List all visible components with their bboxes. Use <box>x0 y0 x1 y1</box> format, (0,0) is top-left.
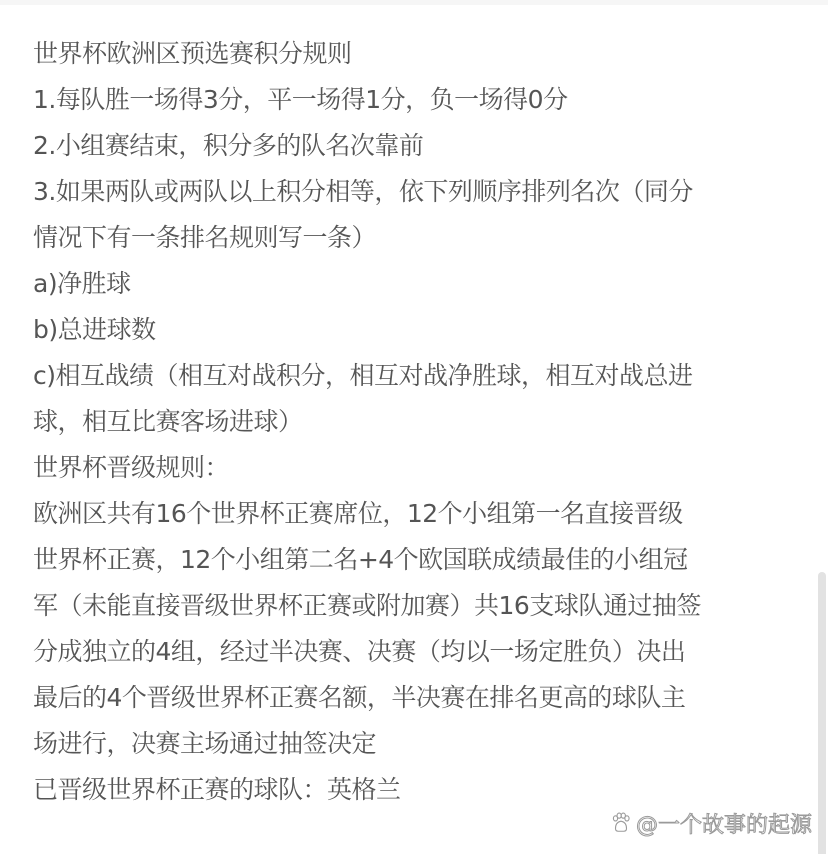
qualification-line: 世界杯正赛，12个小组第二名+4个欧国联成绩最佳的小组冠 <box>33 537 803 583</box>
qualification-heading: 世界杯晋级规则： <box>33 445 803 491</box>
tiebreaker-c-line-2: 球，相互比赛客场进球） <box>33 399 803 445</box>
qualification-line: 场进行，决赛主场通过抽签决定 <box>33 721 803 767</box>
tiebreaker-c-line-1: c)相互战绩（相互对战积分，相互对战净胜球，相互对战总进 <box>33 353 803 399</box>
qualification-line: 分成独立的4组，经过半决赛、决赛（均以一场定胜负）决出 <box>33 629 803 675</box>
tiebreaker-b: b)总进球数 <box>33 307 803 353</box>
rule-2: 2.小组赛结束，积分多的队名次靠前 <box>33 123 803 169</box>
top-strip <box>0 0 828 5</box>
rule-1: 1.每队胜一场得3分，平一场得1分，负一场得0分 <box>33 77 803 123</box>
document-body: 世界杯欧洲区预选赛积分规则 1.每队胜一场得3分，平一场得1分，负一场得0分 2… <box>33 31 803 813</box>
tiebreaker-a: a)净胜球 <box>33 261 803 307</box>
watermark: @一个故事的起源 <box>610 808 812 838</box>
qualified-teams: 已晋级世界杯正赛的球队：英格兰 <box>33 767 803 813</box>
qualification-line: 欧洲区共有16个世界杯正赛席位，12个小组第一名直接晋级 <box>33 491 803 537</box>
rule-3-line-2: 情况下有一条排名规则写一条） <box>33 215 803 261</box>
document-title: 世界杯欧洲区预选赛积分规则 <box>33 31 803 77</box>
rule-3-line-1: 3.如果两队或两队以上积分相等，依下列顺序排列名次（同分 <box>33 169 803 215</box>
qualification-line: 最后的4个晋级世界杯正赛名额，半决赛在排名更高的球队主 <box>33 675 803 721</box>
qualification-line: 军（未能直接晋级世界杯正赛或附加赛）共16支球队通过抽签 <box>33 583 803 629</box>
scrollbar[interactable] <box>818 572 826 854</box>
baidu-paw-icon <box>610 812 632 834</box>
watermark-text: @一个故事的起源 <box>636 808 812 839</box>
